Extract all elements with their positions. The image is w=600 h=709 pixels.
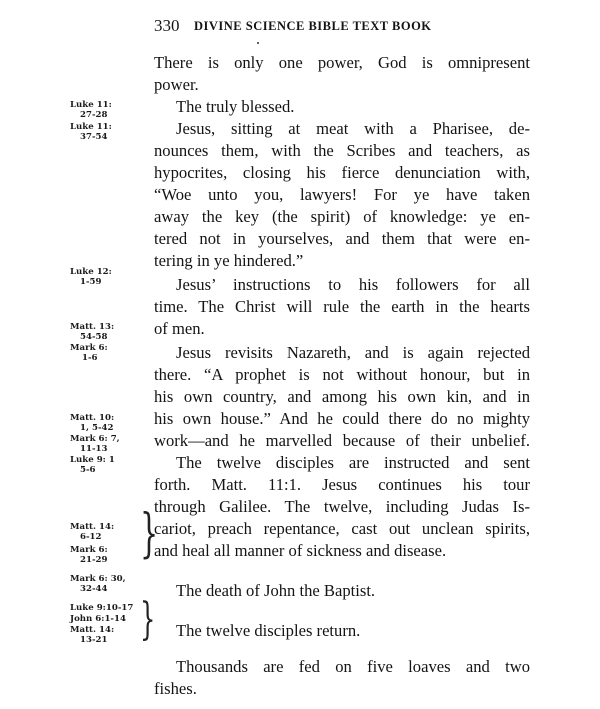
body-line: nounces them, with the Scribes and teach…	[154, 140, 530, 162]
margin-note-john-6: John 6:1-14	[70, 614, 126, 624]
brace-thousands-fed: }	[140, 598, 155, 642]
margin-note-mark-6-21: Mark 6: 21-29	[70, 545, 108, 565]
margin-note-luke-11-27: Luke 11: 27-28	[70, 100, 112, 120]
body-line: “Woe unto you, lawyers! For ye have take…	[154, 184, 530, 206]
running-head: DIVINE SCIENCE BIBLE TEXT BOOK	[194, 19, 432, 34]
margin-note-luke-11-37: Luke 11: 37-54	[70, 122, 112, 142]
body-line: hypocrites, closing his fierce denunciat…	[154, 162, 530, 184]
body-line: of men.	[154, 318, 530, 340]
body-line: away the key (the spirit) of knowledge: …	[154, 206, 530, 228]
body-line: power.	[154, 74, 530, 96]
margin-note-luke-12: Luke 12: 1-59	[70, 267, 112, 287]
body-line: fishes.	[154, 678, 530, 700]
body-line: his own country, and among his own kin, …	[154, 386, 530, 408]
body-line: There is only one power, God is omnipres…	[154, 52, 530, 74]
book-page: 330 DIVINE SCIENCE BIBLE TEXT BOOK There…	[0, 0, 600, 709]
paragraph-john-baptist: The death of John the Baptist.	[176, 580, 530, 602]
body-line: tered not in yourselves, and them that w…	[154, 228, 530, 250]
page-header: 330 DIVINE SCIENCE BIBLE TEXT BOOK	[154, 16, 534, 36]
body-line: cariot, preach repentance, cast out uncl…	[154, 518, 530, 540]
margin-note-matt-13: Matt. 13: 54-58	[70, 322, 114, 342]
margin-note-matt-14-13: Matt. 14: 13-21	[70, 625, 114, 645]
paragraph-truly-blessed: The truly blessed.	[176, 96, 530, 118]
body-line: and heal all manner of sickness and dise…	[154, 540, 530, 562]
body-line: there. “A prophet is not without honour,…	[154, 364, 530, 386]
body-line: work—and he marvelled because of their u…	[154, 430, 530, 452]
paragraph-pharisee-start: Jesus, sitting at meat with a Pharisee, …	[176, 118, 530, 140]
margin-note-matt-10: Matt. 10: 1, 5-42	[70, 413, 114, 433]
paragraph-twelve-sent-start: The twelve disciples are instructed and …	[176, 452, 530, 474]
paragraph-nazareth-start: Jesus revisits Nazareth, and is again re…	[176, 342, 530, 364]
margin-note-matt-14-6: Matt. 14: 6-12	[70, 522, 114, 542]
paragraph-instructions-start: Jesus’ instructions to his followers for…	[176, 274, 530, 296]
margin-note-mark-6-7: Mark 6: 7, 11-13	[70, 434, 120, 454]
body-line: forth. Matt. 11:1. Jesus continues his t…	[154, 474, 530, 496]
margin-note-luke-9-1: Luke 9: 1 5-6	[70, 455, 115, 475]
body-line: through Galilee. The twelve, including J…	[154, 496, 530, 518]
margin-note-luke-9-10: Luke 9:10-17	[70, 603, 133, 613]
margin-note-mark-6-1: Mark 6: 1-6	[70, 343, 108, 363]
paragraph-thousands-fed-start: Thousands are fed on five loaves and two	[176, 656, 530, 678]
body-line: his own house.” And he could there do no…	[154, 408, 530, 430]
page-number: 330	[154, 16, 180, 36]
margin-note-mark-6-30: Mark 6: 30, 32-44	[70, 574, 126, 594]
paragraph-disciples-return: The twelve disciples return.	[176, 620, 530, 642]
body-line: tering in ye hindered.”	[154, 250, 530, 272]
body-line: time. The Christ will rule the earth in …	[154, 296, 530, 318]
brace-john-baptist: }	[140, 508, 158, 560]
speck-mark	[257, 42, 259, 44]
